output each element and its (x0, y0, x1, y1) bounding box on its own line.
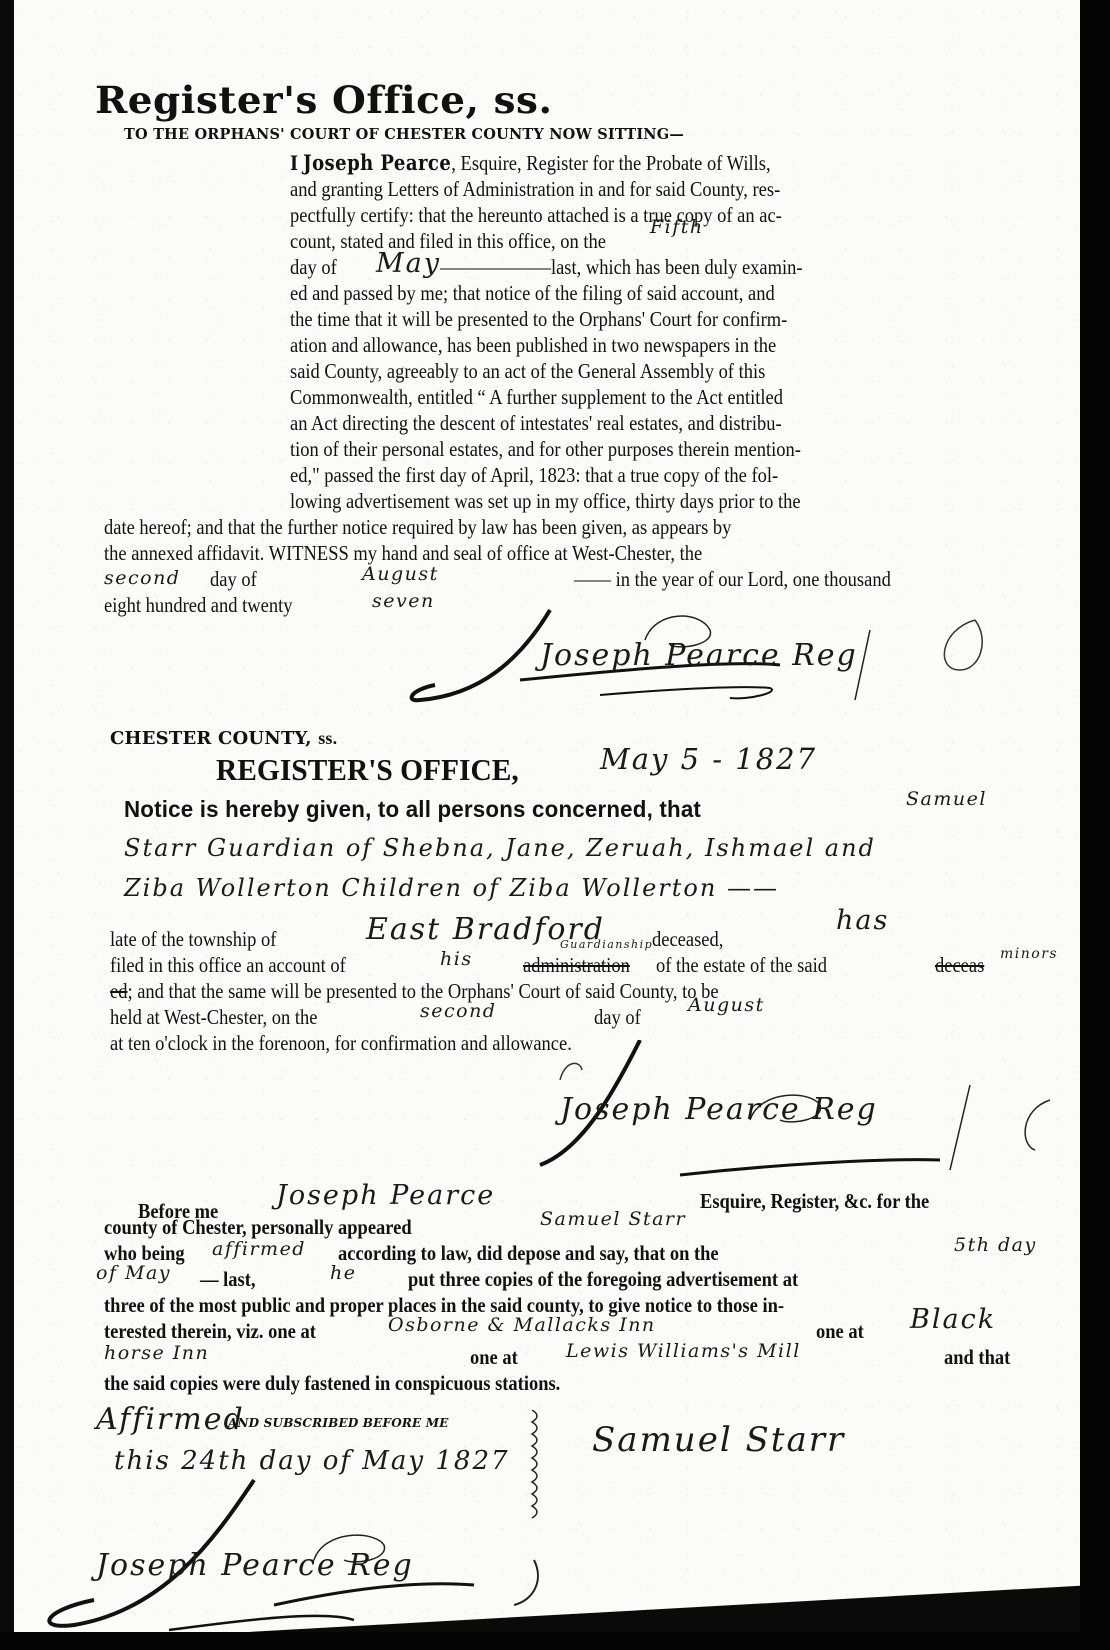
year-line-printed: eight hundred and twenty (104, 592, 292, 619)
filed-day-handwritten: Fifth (650, 216, 704, 238)
register-signature-2-text: Joseph Pearce Reg (560, 1092, 878, 1127)
he-handwritten: he (330, 1262, 356, 1284)
has-handwritten: has (836, 905, 889, 936)
address-line: TO THE ORPHANS' COURT OF CHESTER COUNTY … (124, 126, 684, 143)
guardianship-insert-handwritten: Guardianship (560, 938, 653, 951)
certificate-line-7: the time that it will be presented to th… (290, 306, 787, 333)
esquire-register-label: Esquire, Register, &c. for the (700, 1188, 929, 1215)
county-ss: ss. (318, 728, 337, 748)
place-2b-handwritten: horse Inn (104, 1342, 209, 1364)
certificate-line-6: ed and passed by me; that notice of the … (290, 280, 775, 307)
appeared-handwritten: Samuel Starr (540, 1208, 686, 1230)
office-heading: REGISTER'S OFFICE, (216, 752, 519, 788)
county-heading: CHESTER COUNTY, ss. (110, 728, 337, 749)
one-at-3-label: one at (470, 1344, 518, 1371)
filed-line-tail: of the estate of the said (656, 952, 827, 979)
presented-line: ed; and that the same will be presented … (110, 978, 719, 1005)
held-day-of: day of (594, 1004, 641, 1031)
register-name-printed: Joseph Pearce (303, 150, 451, 175)
register-signature-3-text: Joseph Pearce Reg (96, 1548, 414, 1583)
certificate-line-3: pectfully certify: that the hereunto att… (290, 202, 782, 229)
filed-line: filed in this office an account of (110, 952, 346, 979)
before-me-handwritten: Joseph Pearce (276, 1180, 495, 1211)
according-line: according to law, did depose and say, th… (338, 1240, 719, 1267)
cert-initial: I (290, 151, 298, 175)
certificate-line-11: an Act directing the descent of intestat… (290, 410, 782, 437)
notice-lead: Notice is hereby given, to all persons c… (124, 796, 701, 823)
certificate-line-5-tail: ——————last, which has been duly examin- (440, 254, 803, 281)
certificate-line-8: ation and allowance, has been published … (290, 332, 776, 359)
township-label: late of the township of (110, 926, 276, 953)
certificate-line-9: said County, agreeably to an act of the … (290, 358, 765, 385)
witness-day-handwritten: second (104, 567, 180, 589)
filed-month-handwritten: May (376, 248, 441, 279)
deponent-signature: Samuel Starr (592, 1420, 845, 1460)
and-that-label: and that (944, 1344, 1010, 1371)
certificate-line-10: Commonwealth, entitled “ A further suppl… (290, 384, 783, 411)
place-1-handwritten: Osborne & Mallacks Inn (388, 1314, 656, 1336)
certificate-line-15: date hereof; and that the further notice… (104, 514, 731, 541)
county-of-chester-line: county of Chester, personally appeared (104, 1214, 412, 1241)
scan-border-right (1080, 0, 1110, 1650)
witness-day-of-label: day of (210, 566, 257, 593)
one-at-2-label: one at (816, 1318, 864, 1345)
certificate-line-4: count, stated and filed in this office, … (290, 228, 606, 255)
certificate-line-12: tion of their personal estates, and for … (290, 436, 801, 463)
deceased-label: deceased, (652, 926, 723, 953)
certificate-line-13: ed," passed the first day of April, 1823… (290, 462, 778, 489)
cert-line-1-text: , Esquire, Register for the Probate of W… (451, 151, 770, 175)
terested-line: terested therein, viz. one at (104, 1318, 316, 1345)
administration-struck: administration (523, 952, 630, 979)
certificate-line-5: day of (290, 254, 337, 281)
held-line: held at West-Chester, on the (110, 1004, 317, 1031)
ed-struck: ed (110, 979, 127, 1003)
his-handwritten: his (440, 948, 473, 970)
register-signature-1-text: Joseph Pearce Reg (540, 638, 858, 673)
office-date-handwritten: May 5 - 1827 (600, 742, 817, 776)
deceased-struck: deceas (935, 952, 984, 979)
held-day-handwritten: second (420, 1000, 496, 1022)
certificate-line-1: I Joseph Pearce, Esquire, Register for t… (290, 150, 771, 177)
last-label: — last, (200, 1266, 255, 1293)
children-line-handwritten: Ziba Wollerton Children of Ziba Wollerto… (124, 874, 779, 902)
subscribed-label: AND SUBSCRIBED BEFORE ME (228, 1416, 449, 1430)
certificate-line-2: and granting Letters of Administration i… (290, 176, 780, 203)
fastened-line: the said copies were duly fastened in co… (104, 1370, 560, 1397)
page-heading: Register's Office, ss. (95, 78, 553, 122)
held-month-handwritten: August (688, 994, 765, 1016)
fifth-day-handwritten: 5th day (954, 1234, 1037, 1256)
county-name: CHESTER COUNTY, (110, 728, 312, 749)
witness-year-text: —— in the year of our Lord, one thousand (574, 566, 891, 593)
guardian-name-handwritten: Samuel (906, 788, 987, 810)
day-of-label: day of (290, 255, 337, 279)
guardian-line-handwritten: Starr Guardian of Shebna, Jane, Zeruah, … (124, 834, 876, 862)
minors-handwritten: minors (1000, 946, 1058, 962)
affirmed-handwritten: affirmed (212, 1238, 306, 1260)
affirmed-label-handwritten: Affirmed (96, 1402, 245, 1437)
put-copies-line: put three copies of the foregoing advert… (408, 1266, 798, 1293)
certificate-line-14: lowing advertisement was set up in my of… (290, 488, 801, 515)
place-3-handwritten: Lewis Williams's Mill (566, 1340, 801, 1362)
witness-month-handwritten: August (362, 563, 439, 585)
of-may-handwritten: of May (96, 1262, 171, 1284)
place-2a-handwritten: Black (910, 1304, 996, 1335)
ten-oclock-line: at ten o'clock in the forenoon, for conf… (110, 1030, 572, 1057)
